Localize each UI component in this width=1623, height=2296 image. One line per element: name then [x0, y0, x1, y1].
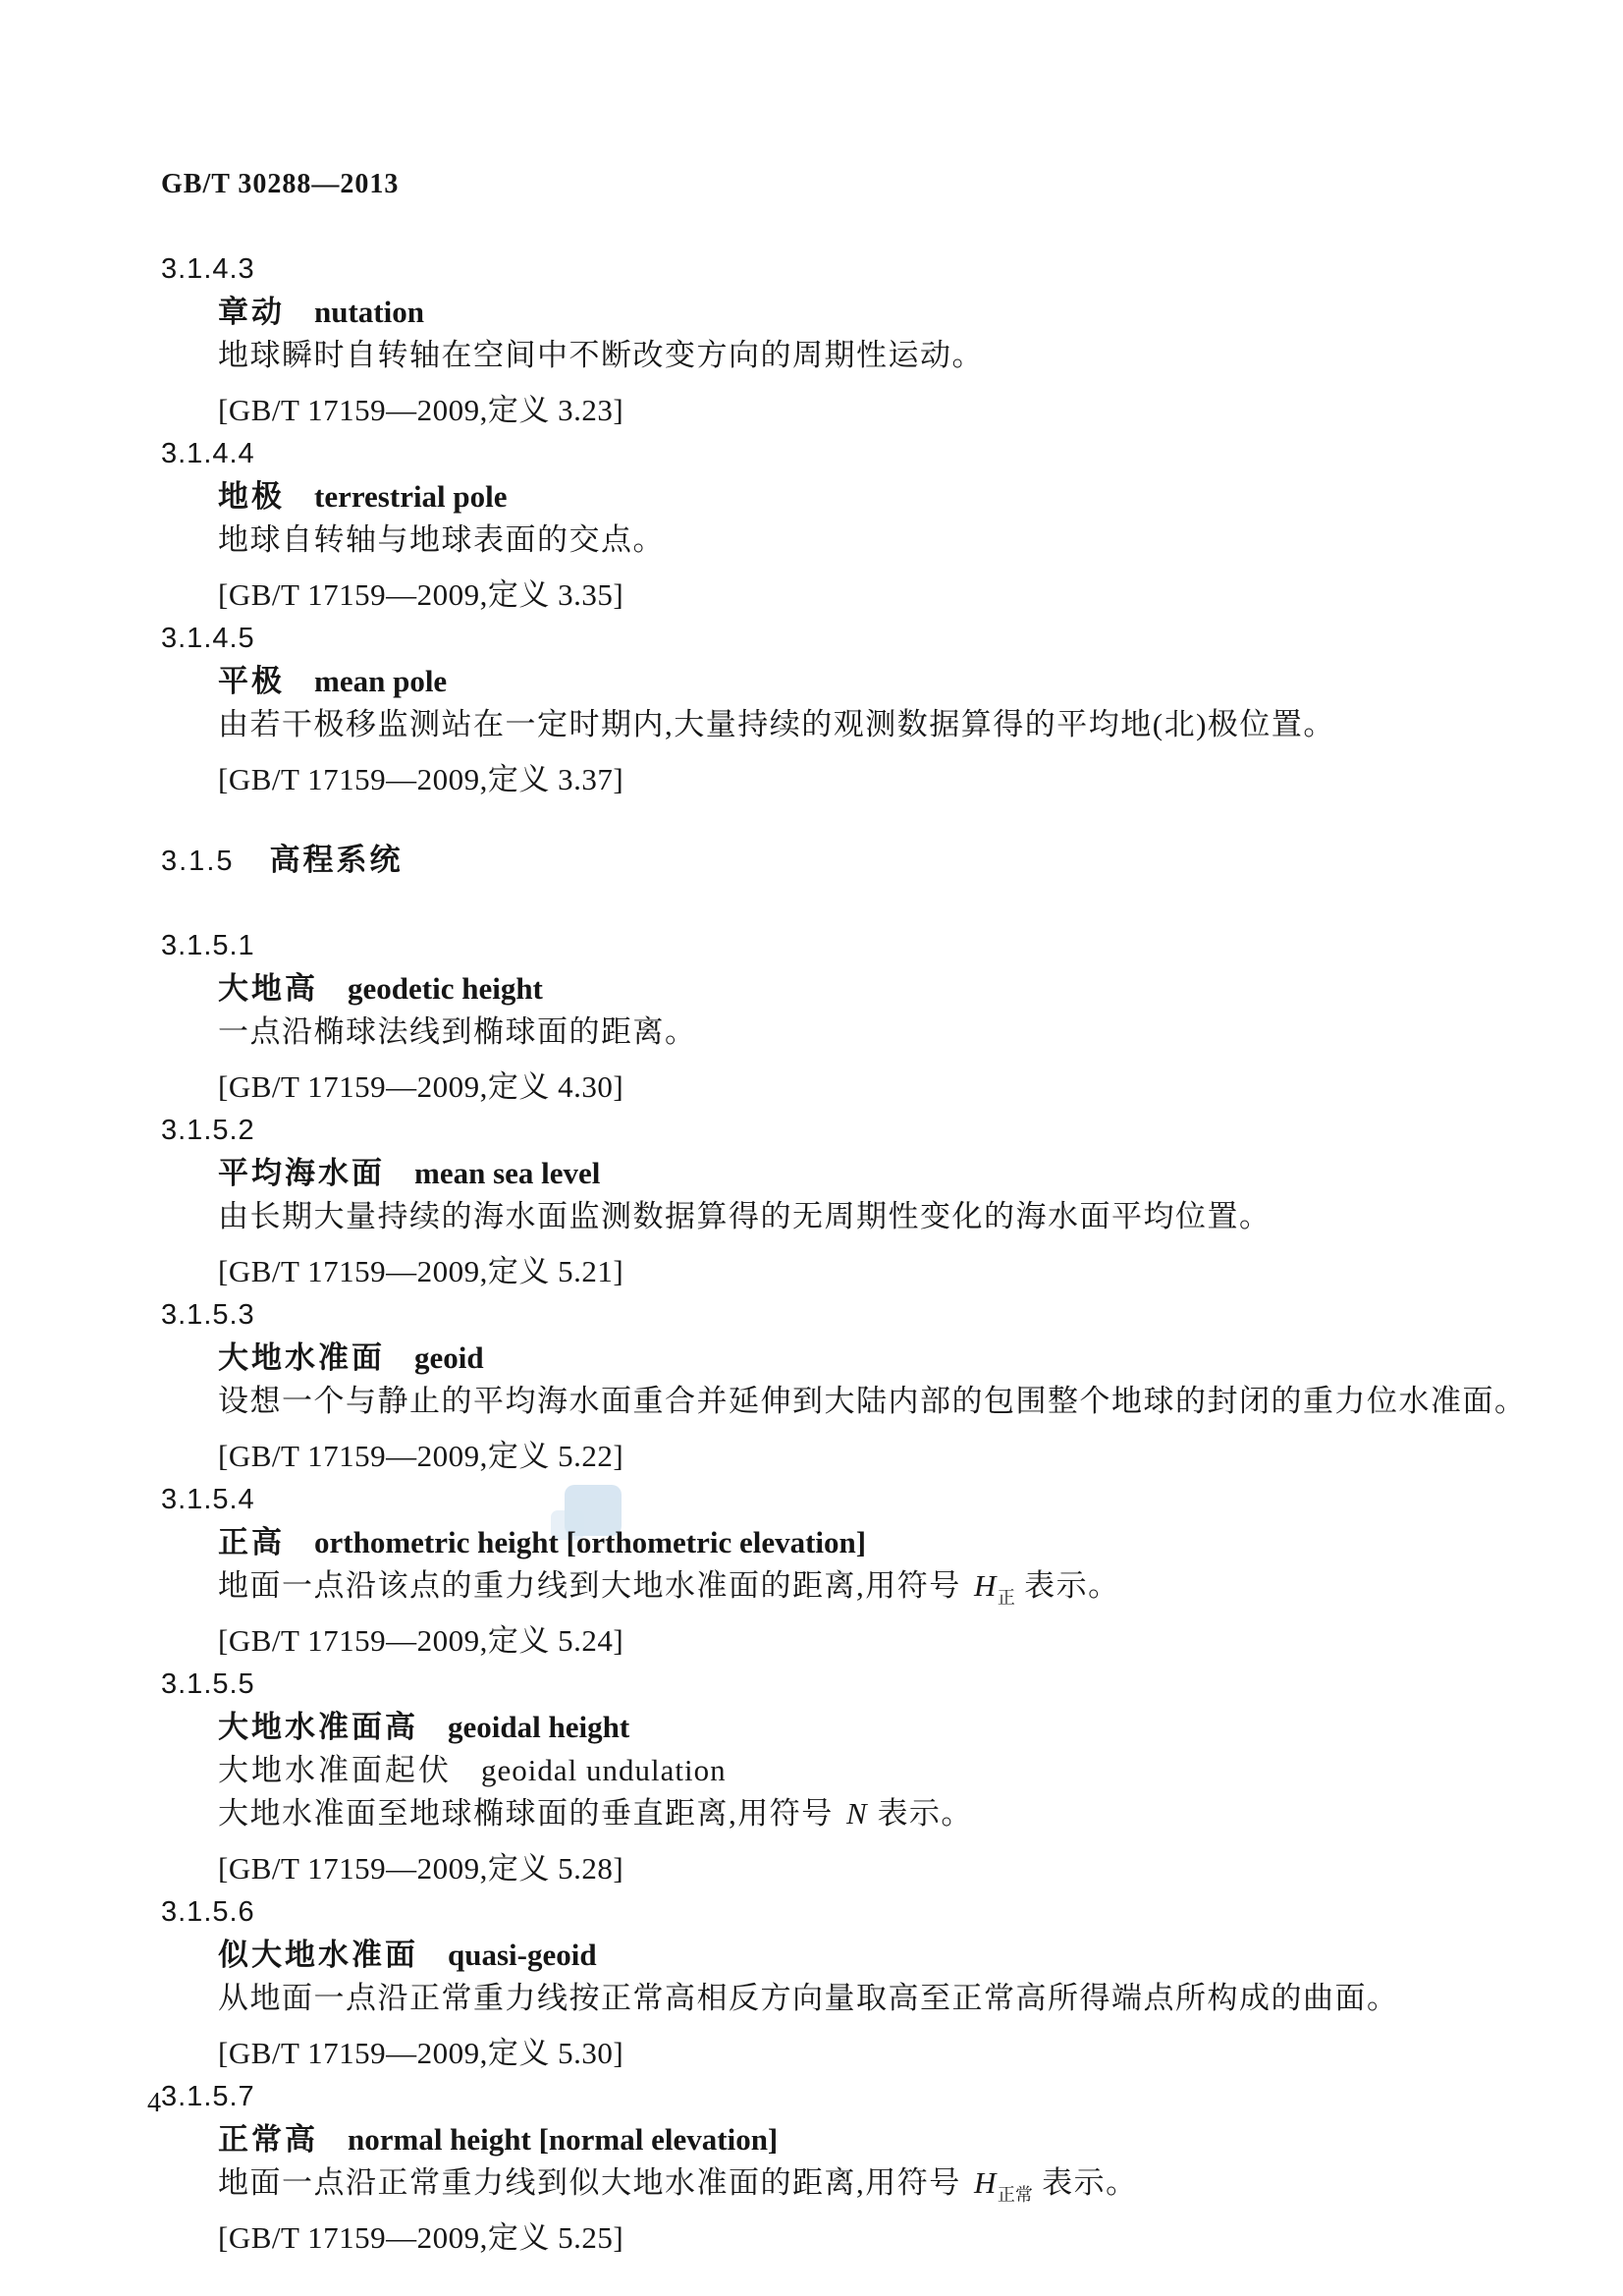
term-line: 正高orthometric height [orthometric elevat…	[161, 1521, 1487, 1564]
term-english: orthometric height [orthometric elevatio…	[314, 1525, 866, 1559]
symbol-subscript: 正	[998, 1588, 1015, 1608]
term-english: mean sea level	[414, 1156, 600, 1190]
term-entry: 3.1.5.4 正高orthometric height [orthometri…	[161, 1478, 1487, 1663]
term-english: geoidal height	[448, 1710, 629, 1744]
term-line: 正常高normal height [normal elevation]	[161, 2118, 1487, 2161]
term-line: 章动nutation	[161, 291, 1487, 334]
section-number: 3.1.5.2	[161, 1109, 1487, 1152]
reference-line: [GB/T 17159—2009,定义 3.23]	[161, 389, 1487, 432]
term-line: 大地水准面高geoidal height	[161, 1706, 1487, 1749]
definition-line: 从地面一点沿正常重力线按正常高相反方向量取高至正常高所得端点所构成的曲面。	[161, 1977, 1487, 2032]
group-heading-number: 3.1.5	[161, 846, 235, 877]
term-entry: 3.1.4.4 地极terrestrial pole 地球自转轴与地球表面的交点…	[161, 432, 1487, 617]
definition-line: 地球自转轴与地球表面的交点。	[161, 519, 1487, 574]
synonym-chinese: 大地水准面起伏	[218, 1753, 452, 1787]
section-number: 3.1.4.4	[161, 432, 1487, 475]
reference-line: [GB/T 17159—2009,定义 5.30]	[161, 2032, 1487, 2075]
definition-text: 从地面一点沿正常重力线按正常高相反方向量取高至正常高所得端点所构成的曲面。	[218, 1981, 1399, 2015]
term-english: terrestrial pole	[314, 479, 508, 514]
definition-line: 由若干极移监测站在一定时期内,大量持续的观测数据算得的平均地(北)极位置。	[161, 703, 1487, 758]
term-line: 大地高geodetic height	[161, 967, 1487, 1011]
term-english: geoid	[414, 1340, 484, 1375]
term-chinese: 平均海水面	[218, 1156, 385, 1190]
reference-line: [GB/T 17159—2009,定义 5.22]	[161, 1435, 1487, 1478]
section-number: 3.1.5.5	[161, 1663, 1487, 1706]
definition-line: 由长期大量持续的海水面监测数据算得的无周期性变化的海水面平均位置。	[161, 1195, 1487, 1250]
term-entry: 3.1.5.3 大地水准面geoid 设想一个与静止的平均海水面重合并延伸到大陆…	[161, 1293, 1487, 1478]
definition-text-after-symbol: 表示。	[1033, 2165, 1138, 2200]
term-entry: 3.1.5.2 平均海水面mean sea level 由长期大量持续的海水面监…	[161, 1109, 1487, 1293]
term-chinese: 地极	[218, 479, 285, 514]
term-english: normal height [normal elevation]	[348, 2122, 778, 2157]
term-english: geodetic height	[348, 971, 543, 1006]
definition-text: 大地水准面至地球椭球面的垂直距离,用符号	[218, 1796, 842, 1831]
term-entry: 3.1.4.5 平极mean pole 由若干极移监测站在一定时期内,大量持续的…	[161, 617, 1487, 801]
term-english: nutation	[314, 295, 424, 329]
term-entry: 3.1.5.5 大地水准面高geoidal height 大地水准面起伏geoi…	[161, 1663, 1487, 1890]
term-entry: 3.1.5.6 似大地水准面quasi-geoid 从地面一点沿正常重力线按正常…	[161, 1890, 1487, 2075]
term-chinese: 平极	[218, 664, 285, 698]
section-number: 3.1.5.1	[161, 924, 1487, 967]
term-chinese: 正高	[218, 1525, 285, 1559]
section-number: 3.1.5.4	[161, 1478, 1487, 1521]
section-number: 3.1.5.7	[161, 2075, 1487, 2118]
term-line: 大地水准面geoid	[161, 1337, 1487, 1380]
term-chinese: 章动	[218, 295, 285, 329]
definition-line: 地面一点沿正常重力线到似大地水准面的距离,用符号 H正常 表示。	[161, 2161, 1487, 2216]
definition-line: 设想一个与静止的平均海水面重合并延伸到大陆内部的包围整个地球的封闭的重力位水准面…	[161, 1380, 1487, 1435]
definition-line: 大地水准面至地球椭球面的垂直距离,用符号 N 表示。	[161, 1792, 1487, 1847]
page-number: 4	[147, 2088, 161, 2119]
reference-line: [GB/T 17159—2009,定义 5.25]	[161, 2216, 1487, 2260]
reference-line: [GB/T 17159—2009,定义 5.24]	[161, 1619, 1487, 1663]
term-line: 平均海水面mean sea level	[161, 1152, 1487, 1195]
definition-text: 地面一点沿正常重力线到似大地水准面的距离,用符号	[218, 2165, 970, 2200]
symbol-variable: H	[974, 2165, 998, 2200]
term-chinese: 正常高	[218, 2122, 318, 2157]
standard-number-header: GB/T 30288—2013	[161, 169, 399, 200]
group-heading-title: 高程系统	[270, 843, 404, 877]
term-chinese: 似大地水准面	[218, 1938, 418, 1972]
symbol-subscript: 正常	[998, 2185, 1033, 2205]
synonym-english: geoidal undulation	[481, 1753, 727, 1787]
reference-line: [GB/T 17159—2009,定义 3.35]	[161, 574, 1487, 617]
definition-text: 设想一个与静止的平均海水面重合并延伸到大陆内部的包围整个地球的封闭的重力位水准面…	[218, 1384, 1527, 1418]
term-chinese: 大地水准面高	[218, 1710, 418, 1744]
reference-line: [GB/T 17159—2009,定义 5.21]	[161, 1250, 1487, 1293]
reference-line: [GB/T 17159—2009,定义 4.30]	[161, 1066, 1487, 1109]
term-chinese: 大地高	[218, 971, 318, 1006]
term-entry: 3.1.4.3 章动nutation 地球瞬时自转轴在空间中不断改变方向的周期性…	[161, 247, 1487, 432]
document-body: 3.1.4.3 章动nutation 地球瞬时自转轴在空间中不断改变方向的周期性…	[161, 247, 1487, 2260]
definition-text-after-symbol: 表示。	[1015, 1568, 1120, 1603]
symbol-variable: H	[974, 1568, 998, 1603]
document-page: { "page": { "header": "GB/T 30288—2013",…	[0, 0, 1623, 2296]
definition-text: 地球瞬时自转轴在空间中不断改变方向的周期性运动。	[218, 338, 984, 372]
section-number: 3.1.5.3	[161, 1293, 1487, 1337]
definition-text: 地面一点沿该点的重力线到大地水准面的距离,用符号	[218, 1568, 970, 1603]
section-number: 3.1.4.3	[161, 247, 1487, 291]
reference-line: [GB/T 17159—2009,定义 5.28]	[161, 1847, 1487, 1890]
definition-text: 由长期大量持续的海水面监测数据算得的无周期性变化的海水面平均位置。	[218, 1199, 1271, 1233]
definition-line: 地面一点沿该点的重力线到大地水准面的距离,用符号 H正 表示。	[161, 1564, 1487, 1619]
term-english: quasi-geoid	[448, 1938, 597, 1972]
group-heading: 3.1.5高程系统	[161, 839, 1487, 883]
term-line: 地极terrestrial pole	[161, 475, 1487, 519]
definition-text: 地球自转轴与地球表面的交点。	[218, 522, 665, 557]
section-number: 3.1.4.5	[161, 617, 1487, 660]
reference-line: [GB/T 17159—2009,定义 3.37]	[161, 758, 1487, 801]
definition-text-after-symbol: 表示。	[868, 1796, 973, 1831]
definition-line: 一点沿椭球法线到椭球面的距离。	[161, 1011, 1487, 1066]
definition-line: 地球瞬时自转轴在空间中不断改变方向的周期性运动。	[161, 334, 1487, 389]
term-line: 平极mean pole	[161, 660, 1487, 703]
symbol-variable: N	[846, 1796, 868, 1831]
section-number: 3.1.5.6	[161, 1890, 1487, 1934]
term-entry: 3.1.5.1 大地高geodetic height 一点沿椭球法线到椭球面的距…	[161, 924, 1487, 1109]
synonym-line: 大地水准面起伏geoidal undulation	[161, 1749, 1487, 1792]
term-english: mean pole	[314, 664, 447, 698]
term-line: 似大地水准面quasi-geoid	[161, 1934, 1487, 1977]
definition-text: 一点沿椭球法线到椭球面的距离。	[218, 1014, 697, 1049]
definition-text: 由若干极移监测站在一定时期内,大量持续的观测数据算得的平均地(北)极位置。	[218, 707, 1335, 741]
term-entry: 3.1.5.7 正常高normal height [normal elevati…	[161, 2075, 1487, 2260]
term-chinese: 大地水准面	[218, 1340, 385, 1375]
